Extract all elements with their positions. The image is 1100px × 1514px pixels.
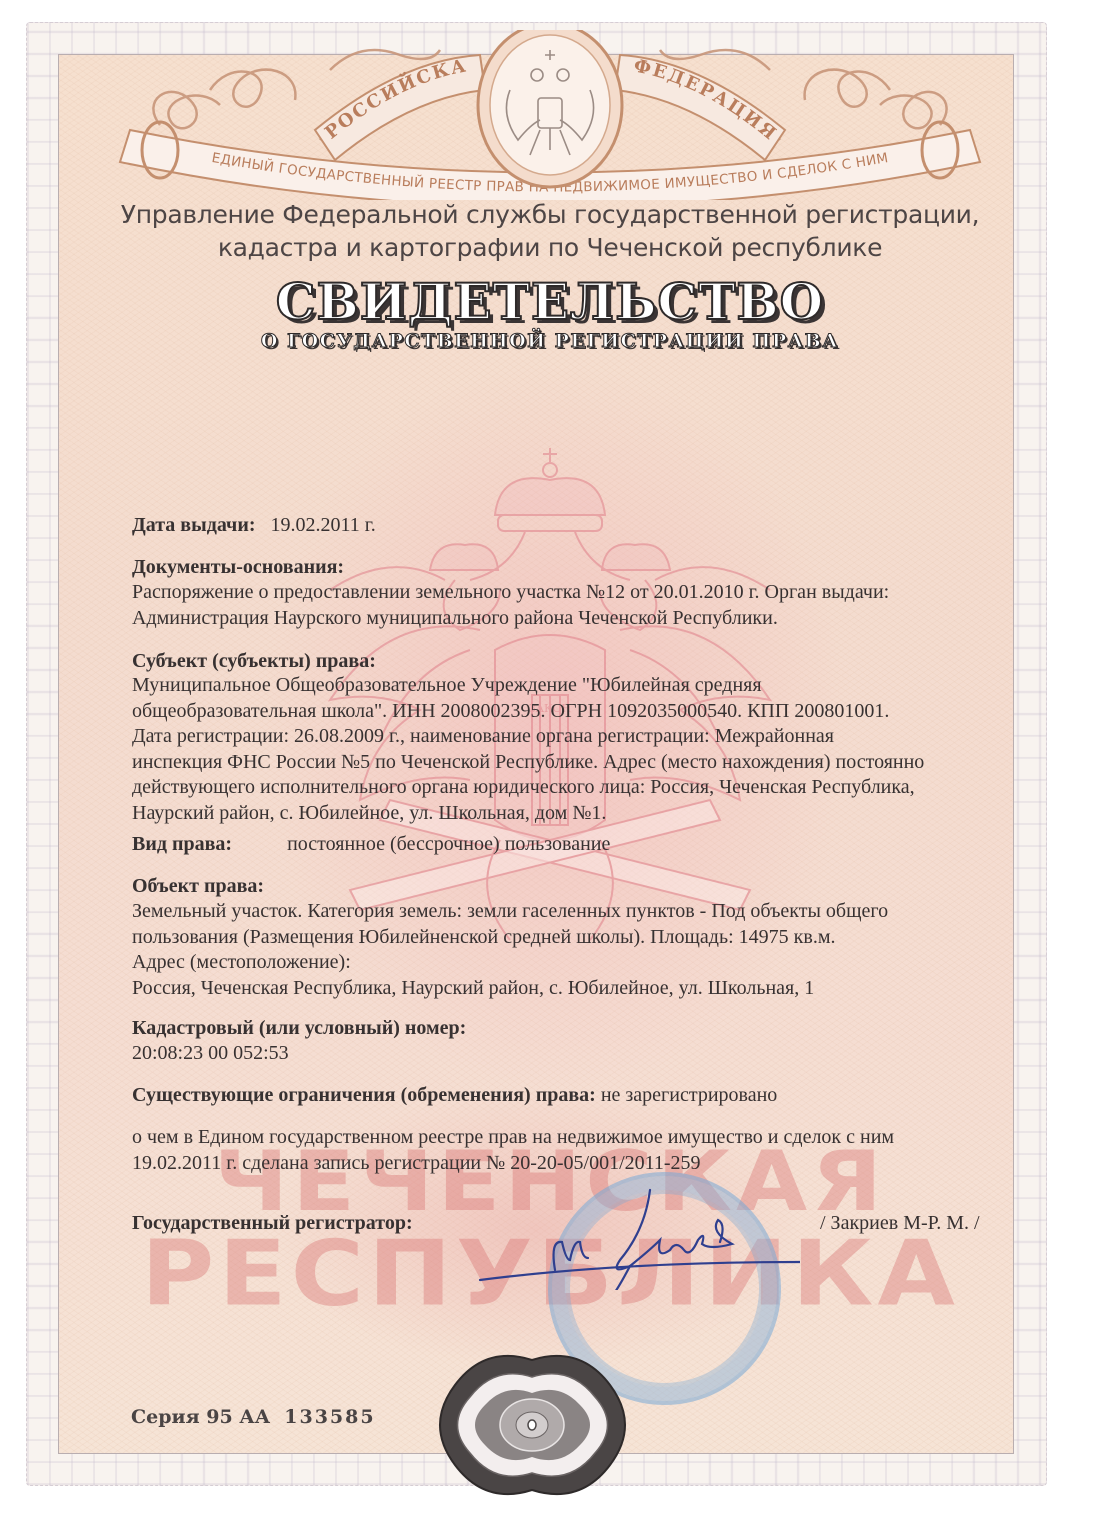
issue-date-label: Дата выдачи:: [132, 514, 256, 536]
basis-documents-value: Распоряжение о предоставлении земельного…: [132, 580, 992, 631]
text-line: Россия, Чеченская Республика, Наурский р…: [132, 976, 992, 1002]
encumbrances-row: Существующие ограничения (обременения) п…: [132, 1083, 992, 1108]
subjects-label: Субъект (субъекты) права:: [132, 649, 992, 674]
text-line: инспекция ФНС России №5 по Чеченской Рес…: [132, 750, 992, 776]
header-emblem: РОССИЙСКАЯ ФЕДЕРАЦИЯ ЕДИНЫЙ ГОСУДАРСТВЕН…: [100, 30, 1000, 200]
object-label: Объект права:: [132, 874, 992, 899]
registry-note: о чем в Едином государственном реестре п…: [132, 1125, 992, 1176]
issue-date-row: Дата выдачи: 19.02.2011 г.: [132, 513, 992, 538]
issue-date-value: 19.02.2011 г.: [271, 514, 376, 536]
encumbrances-value: не зарегистрировано: [601, 1084, 777, 1106]
right-type-label: Вид права:: [132, 833, 232, 855]
text-line: Распоряжение о предоставлении земельного…: [132, 580, 992, 606]
registrar-signature: [470, 1180, 800, 1290]
agency-line-1: Управление Федеральной службы государств…: [0, 198, 1100, 231]
text-line: Наурский район, с. Юбилейное, ул. Школьн…: [132, 801, 992, 827]
text-line: Дата регистрации: 26.08.2009 г., наимено…: [132, 724, 992, 750]
cadastral-label: Кадастровый (или условный) номер:: [132, 1016, 992, 1041]
ribbon-left-text: РОССИЙСКАЯ: [100, 30, 469, 144]
text-line: общеобразовательная школа". ИНН 20080023…: [132, 699, 992, 725]
agency-line-2: кадастра и картографии по Чеченской респ…: [0, 231, 1100, 264]
right-type-row: Вид права: постоянное (бессрочное) польз…: [132, 832, 992, 857]
guilloche-rosette: [425, 1345, 640, 1505]
object-value: Земельный участок. Категория земель: зем…: [132, 899, 992, 1001]
issuing-agency: Управление Федеральной службы государств…: [0, 198, 1100, 264]
svg-text:РОССИЙСКАЯ: РОССИЙСКАЯ: [100, 30, 469, 144]
svg-text:ФЕДЕРАЦИЯ: ФЕДЕРАЦИЯ: [632, 55, 781, 145]
cadastral-value: 20:08:23 00 052:53: [132, 1041, 992, 1066]
basis-documents-label: Документы-основания:: [132, 555, 992, 580]
text-line: о чем в Едином государственном реестре п…: [132, 1125, 992, 1151]
series-number: 133585: [284, 1406, 375, 1428]
right-type-value: постоянное (бессрочное) пользование: [287, 833, 610, 855]
registrar-name: / Закриев М-Р. М. /: [820, 1211, 1020, 1236]
ribbon-right-text: ФЕДЕРАЦИЯ: [632, 55, 781, 145]
text-line: Муниципальное Общеобразовательное Учрежд…: [132, 673, 992, 699]
form-series-number: Серия 95 АА133585: [131, 1406, 376, 1428]
text-line: Земельный участок. Категория земель: зем…: [132, 899, 992, 925]
certificate-title: СВИДЕТЕЛЬСТВО: [0, 272, 1100, 331]
text-line: Адрес (местоположение):: [132, 950, 992, 976]
text-line: 19.02.2011 г. сделана запись регистрации…: [132, 1151, 992, 1177]
text-line: Администрация Наурского муниципального р…: [132, 606, 992, 632]
text-line: действующего исполнительного органа юрид…: [132, 775, 992, 801]
encumbrances-label: Существующие ограничения (обременения) п…: [132, 1084, 596, 1106]
series-label: Серия 95 АА: [131, 1406, 270, 1428]
subjects-value: Муниципальное Общеобразовательное Учрежд…: [132, 673, 992, 826]
certificate-subtitle: О ГОСУДАРСТВЕННОЙ РЕГИСТРАЦИИ ПРАВА: [0, 330, 1100, 352]
text-line: пользования (Размещения Юбилейненской ср…: [132, 925, 992, 951]
